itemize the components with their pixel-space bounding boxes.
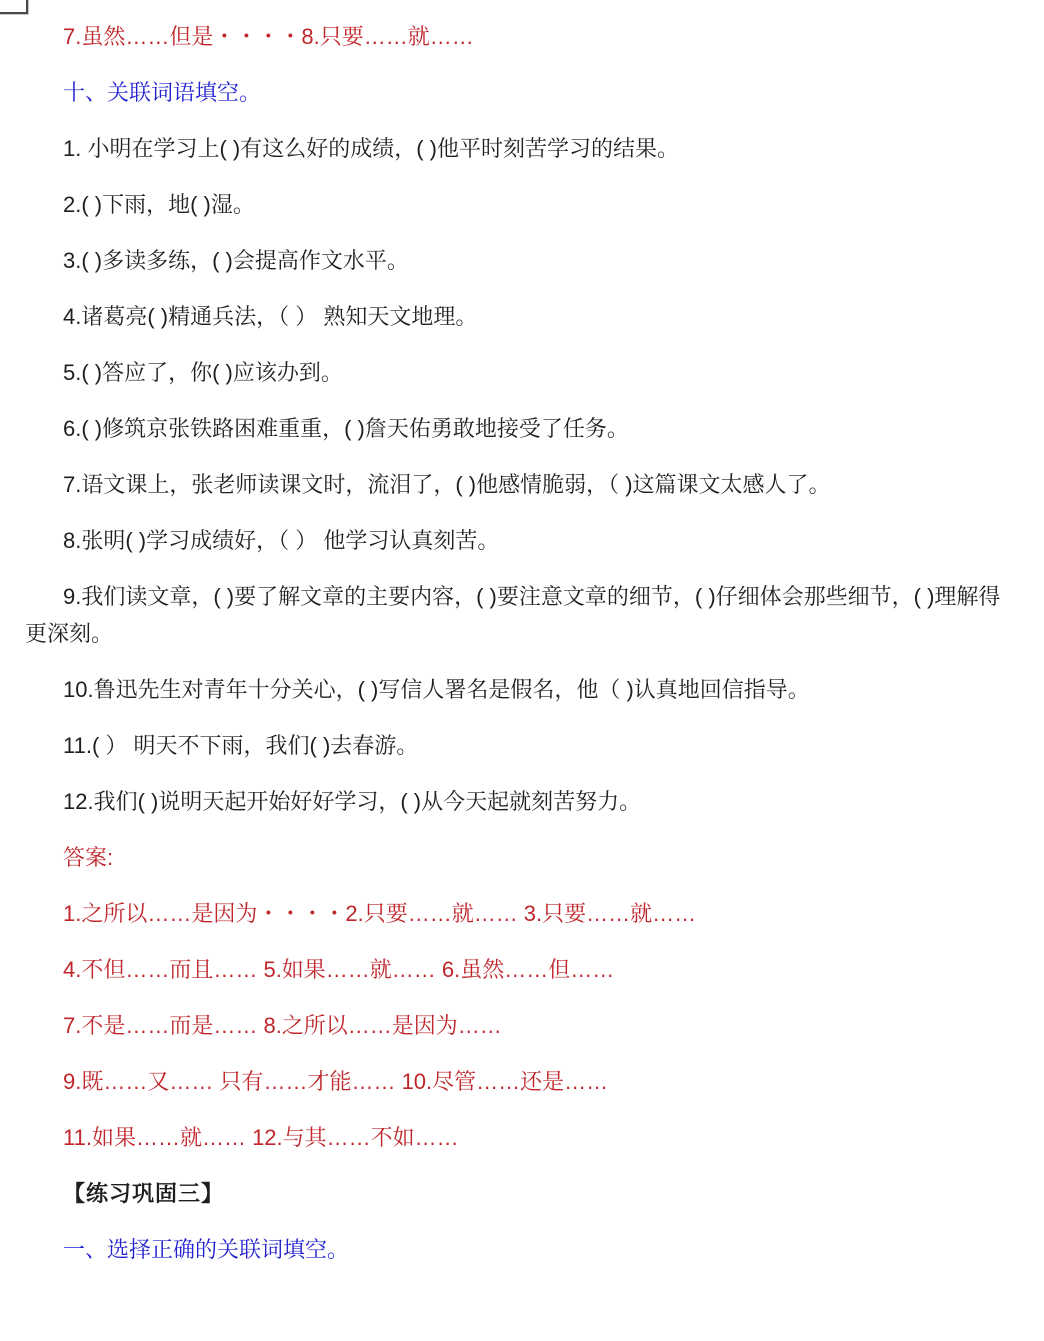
- exercise-three-title: 【练习巩固三】: [25, 1175, 1014, 1212]
- exercise-three-heading: 一、选择正确的关联词填空。: [25, 1231, 1014, 1268]
- section-ten-heading: 十、关联词语填空。: [25, 74, 1014, 111]
- question-item-4: 4.诸葛亮( )精通兵法，（ ） 熟知天文地理。: [25, 298, 1014, 335]
- answer-line-5: 11.如果……就…… 12.与其……不如……: [25, 1119, 1014, 1156]
- document-page: 7.虽然……但是・・・・8.只要……就…… 十、关联词语填空。 1. 小明在学习…: [0, 0, 1044, 1341]
- question-item-10: 10.鲁迅先生对青年十分关心，( )写信人署名是假名，他（ )认真地回信指导。: [25, 671, 1014, 708]
- answers-label: 答案:: [25, 839, 1014, 876]
- question-item-8: 8.张明( )学习成绩好，（ ） 他学习认真刻苦。: [25, 522, 1014, 559]
- answer-line-4: 9.既……又…… 只有……才能…… 10.尽管……还是……: [25, 1063, 1014, 1100]
- question-item-3: 3.( )多读多练，( )会提高作文水平。: [25, 242, 1014, 279]
- question-item-11: 11.( ） 明天不下雨，我们( )去春游。: [25, 727, 1014, 764]
- question-item-12: 12.我们( )说明天起开始好好学习，( )从今天起就刻苦努力。: [25, 783, 1014, 820]
- corner-box-artifact: [0, 0, 28, 14]
- answer-line-3: 7.不是……而是…… 8.之所以……是因为……: [25, 1007, 1014, 1044]
- question-item-2: 2.( )下雨，地( )湿。: [25, 186, 1014, 223]
- question-item-7: 7.语文课上，张老师读课文时，流泪了，( )他感情脆弱，（ )这篇课文太感人了。: [25, 466, 1014, 503]
- prev-answers-line: 7.虽然……但是・・・・8.只要……就……: [25, 18, 1014, 55]
- question-item-6: 6.( )修筑京张铁路困难重重，( )詹天佑勇敢地接受了任务。: [25, 410, 1014, 447]
- question-item-5: 5.( )答应了，你( )应该办到。: [25, 354, 1014, 391]
- question-item-9: 9.我们读文章，( )要了解文章的主要内容，( )要注意文章的细节，( )仔细体…: [25, 578, 1014, 652]
- question-item-1: 1. 小明在学习上( )有这么好的成绩，( )他平时刻苦学习的结果。: [25, 130, 1014, 167]
- answer-line-2: 4.不但……而且…… 5.如果……就…… 6.虽然……但……: [25, 951, 1014, 988]
- answer-line-1: 1.之所以……是因为・・・・2.只要……就…… 3.只要……就……: [25, 895, 1014, 932]
